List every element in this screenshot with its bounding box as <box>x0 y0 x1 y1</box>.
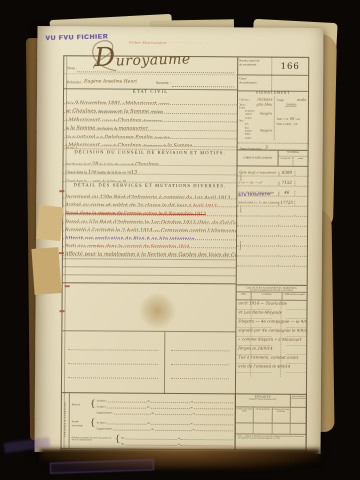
corps-num: 46 <box>279 191 295 196</box>
au-label: au <box>190 406 192 409</box>
paper-stain <box>133 287 181 335</box>
right-column: Numéro matricule du recrutement : 166 Cl… <box>235 57 309 450</box>
au-label: au <box>193 428 195 431</box>
corps-num: 17725 <box>279 201 295 206</box>
matricule-number: 166 <box>272 58 308 75</box>
signalement-section: SIGNALEMENT Cheveux :châtains Yeux :gris… <box>238 90 308 142</box>
prenoms-label: Prénoms : <box>67 81 83 85</box>
epoques-col-territoriale: l’armée territoriale <box>254 408 272 423</box>
subdivisions-header: Subdivisions de région <box>283 293 307 300</box>
blank-two-cells <box>62 330 235 394</box>
nez-base: Base <box>245 127 249 129</box>
red-ink-mark <box>59 252 64 254</box>
decision-lines: Inscrit sous le n° 28 de la liste du can… <box>63 157 236 183</box>
corps-row-empty <box>237 226 307 236</box>
classe-label-2: de mobilisation : <box>239 81 270 85</box>
brace: { <box>90 419 96 428</box>
corps-affectation-table: Armée active Réserve Territoriale CORPS … <box>237 149 308 272</box>
localites-table: LOCALITÉS SUCCESSIVES HABITÉES par suite… <box>236 284 307 382</box>
periode-row: Duau <box>121 434 232 441</box>
corps-row-empty <box>237 216 307 226</box>
localites-entry: avril 1914 — Tourlaville <box>237 300 307 309</box>
taille-rectifiee-label: Taille rectifiée : 1 m. <box>276 123 298 126</box>
au-label: au <box>178 443 180 446</box>
red-ink-mark <box>59 310 64 312</box>
periode-row: 2e (dans lduau <box>97 402 233 409</box>
corps-row: 120e Régt d’Infanterie6380 <box>237 166 307 176</box>
taille-value: 68 <box>290 117 295 121</box>
nez-largeur: Largeur <box>245 137 252 139</box>
blank-ruled-lines <box>63 251 236 284</box>
date-liberation-header: Date de libération du service militaire <box>290 395 306 407</box>
corps-row-empty <box>237 236 307 246</box>
left-margin-tab-upper <box>36 205 63 241</box>
corps-row: 57e — id. — d°7152 <box>237 176 307 186</box>
blank-cell-left <box>62 331 165 394</box>
classe-box: Classe de mobilisation : <box>238 75 308 91</box>
corps-row-empty <box>237 246 307 256</box>
surname-script: Duroyaume <box>94 42 191 71</box>
corps-table-header: CORPS D’AFFECTATION NUMÉROS de matricule… <box>238 150 308 166</box>
nez-saillie: Saillie <box>245 134 251 136</box>
services-title: DÉTAIL DES SERVICES ET MUTATIONS DIVERSE… <box>63 183 236 189</box>
matricule-subheader: de matricule <box>279 157 294 167</box>
visage-label: Visage : <box>276 98 284 101</box>
corps-row: Secn des G. V. de Communication17725 <box>237 196 307 206</box>
corps-header-label: CORPS D’AFFECTATION <box>238 150 279 165</box>
au-label: au <box>191 422 193 425</box>
classe-label: Classe de mobilisation : <box>238 75 272 90</box>
nez-dos: Dos <box>245 124 249 126</box>
corps-row-empty <box>237 206 307 216</box>
photograph-of-military-register: VU FVU FICHIER Fiches Matriculaires · · … <box>0 0 360 480</box>
red-ink-mark <box>65 285 70 287</box>
row-label: 1re (dans l <box>96 421 106 424</box>
territoriale-group: Armée territoriale { 1re (dans lduau Sup… <box>72 418 233 431</box>
row-label: 1re (dans l <box>97 399 107 402</box>
taille-unit: cent. <box>295 118 300 121</box>
signalement-left: Cheveux :châtains Yeux :gris bleu Front … <box>238 96 274 139</box>
epoques-subtitle: à laquelle l’homme doit passer dans : <box>236 398 290 400</box>
classe-value <box>272 76 308 91</box>
au-label: au <box>178 437 180 440</box>
taille-label: Taille : 1 m. <box>276 118 289 121</box>
periodes-side-label: PÉRIODES D’EXERCICES <box>62 393 70 448</box>
row-label: Supplémentaires <box>97 412 113 415</box>
localites-entry: forges le 24/9/14 <box>236 345 306 354</box>
name-block: Nom : Duroyaume Prénoms : Eugène Anselme… <box>64 56 237 90</box>
blank-cell <box>62 282 235 332</box>
du-label: du <box>147 421 149 424</box>
communes-header: Communes <box>252 293 283 300</box>
cheveux-value: châtains <box>257 97 272 101</box>
front-inclinaison: Inclinaison <box>245 110 255 112</box>
left-margin-tab-lower <box>31 247 61 295</box>
row-label: 2e (dans l <box>97 405 106 408</box>
periode-row: Supplémentairesduau <box>96 424 232 431</box>
etat-civil-title: ÉTAT CIVIL <box>64 89 237 95</box>
margin-label-reserve: Réserve <box>240 198 242 220</box>
prenoms-script: Eugène Anselme Henri <box>84 79 137 84</box>
territoriale-label: Armée territoriale <box>72 421 89 427</box>
localites-body: avril 1914 — Tourlaville et Les Bains-Ma… <box>236 300 307 376</box>
violet-57e-infanterie-stamp: 57e Infanterie <box>238 191 271 197</box>
margin-label-territoriale: Territoriale <box>240 234 242 256</box>
front-value: moyen <box>260 112 272 116</box>
etat-civil-lines: Né le 9 Novembre 1891, à Méharicourt, ca… <box>64 96 237 148</box>
epoques-date-cell <box>291 408 306 423</box>
au-label: au <box>193 412 195 415</box>
nez-hauteur: Hauteur <box>245 130 252 132</box>
reserve-label: Réserve <box>72 404 89 407</box>
decision-title: DÉCISION DU CONSEIL DE RÉVISION ET MOTIF… <box>64 150 237 156</box>
surnom-label: Surnom : <box>156 82 171 86</box>
corps-name: 57e — id. — d° <box>237 181 279 186</box>
corps-num: 6380 <box>279 171 295 176</box>
gvc-label: Périodes aux hommes du service des garde… <box>72 437 114 443</box>
services-lines: Incorporé au 120e Régt d’Infanterie à co… <box>63 190 236 257</box>
localites-entry: signalé par 4e compagnie le 9/9/14 <box>236 327 306 336</box>
nez-value: moyen <box>260 128 272 132</box>
localites-entry: et Les Bains-Mayeuls <box>236 309 306 318</box>
periodes-rows: Réserve { 1re (dans lduau 2e (dans lduau… <box>70 393 235 449</box>
periode-row: Duau <box>121 440 232 447</box>
corps-num <box>295 195 307 196</box>
du-label: du <box>151 428 153 431</box>
blank-cell-right <box>165 332 235 394</box>
localites-entry: avis de l’ennemi le 4/9/14 <box>236 363 306 372</box>
du-label: du <box>147 406 149 409</box>
front-hauteur: Hauteur <box>245 114 252 116</box>
localites-header: Dates Communes Subdivisions de région <box>237 291 307 300</box>
yeux-value: gris bleu <box>256 102 272 106</box>
cheveux-label: Cheveux : <box>239 98 250 101</box>
corps-num <box>295 185 307 186</box>
corps-num <box>295 175 307 176</box>
corps-num <box>295 205 307 206</box>
annuel-subheader: annuel <box>294 157 308 167</box>
epoques-col-reserve-territoriale: la réserve de l’armée territoriale <box>272 408 290 423</box>
localites-entry: Disparu — 4e compagnie — le 9/9/14 <box>236 318 306 327</box>
epoques-footnote: Nota. — Indiquer la subdivision qui peut… <box>236 434 306 441</box>
brace: { <box>115 435 121 444</box>
red-ink-mark <box>59 190 64 192</box>
brace: { <box>90 401 96 410</box>
periode-row: 1re (dans lduau <box>97 396 233 403</box>
surnom-ruled-line <box>172 86 234 87</box>
row-label: Supplémentaires <box>96 427 112 430</box>
faint-bottom-framed-stamp <box>50 459 154 474</box>
matricule-label: Numéro matricule du recrutement : <box>238 57 272 74</box>
front-largeur: Largeur <box>245 117 252 119</box>
dates-header: Dates <box>237 292 252 299</box>
corps-name: Secn des G. V. de Communication <box>237 201 279 206</box>
gvc-group: Périodes aux hommes du service des garde… <box>72 433 233 446</box>
corps-name: 120e Régt d’Infanterie <box>237 171 279 176</box>
du-label: Du <box>121 437 124 440</box>
margin-label-armee-active: Armée active <box>240 164 242 186</box>
du-label: du <box>151 412 153 415</box>
nom-label: Nom : <box>67 67 77 71</box>
fiche-matricule-sheet: VU FVU FICHIER Fiches Matriculaires · · … <box>35 26 324 454</box>
du-label: Du <box>121 443 124 446</box>
epoques-body <box>236 423 306 434</box>
remarques-2: particulières : <box>275 106 308 109</box>
epoques-col-reserve: la réserve de l’armée active <box>236 407 254 422</box>
corps-row-empty <box>237 256 307 266</box>
visage-value: ovale <box>297 97 307 101</box>
remarques-label: Remarques particulières : <box>275 101 308 115</box>
matricule-box: Numéro matricule du recrutement : 166 <box>238 57 308 75</box>
periodes-side-text: PÉRIODES D’EXERCICES <box>65 400 67 438</box>
periode-row: Supplémentairesduau <box>97 408 233 415</box>
reserve-group: Réserve { 1re (dans lduau 2e (dans lduau… <box>72 396 233 416</box>
localites-entry: « comme disparu » à Maucourt <box>236 336 306 345</box>
signalement-right: Visage :ovale Remarques particulières : … <box>274 96 308 139</box>
periode-row: 1re (dans lduau <box>96 418 232 425</box>
matricule-label-2: du recrutement : <box>239 63 270 67</box>
matricule-form: Nom : Duroyaume Prénoms : Eugène Anselme… <box>61 55 310 453</box>
au-label: au <box>191 400 193 403</box>
epoques-table: ÉPOQUES à laquelle l’homme doit passer d… <box>235 393 307 451</box>
du-label: du <box>148 400 150 403</box>
periodes-exercices-table: PÉRIODES D’EXERCICES Réserve { 1re (dans… <box>62 392 235 450</box>
localites-entry: Tué à l’ennemi, combat avant <box>236 354 306 363</box>
corps-num: 7152 <box>279 181 295 186</box>
